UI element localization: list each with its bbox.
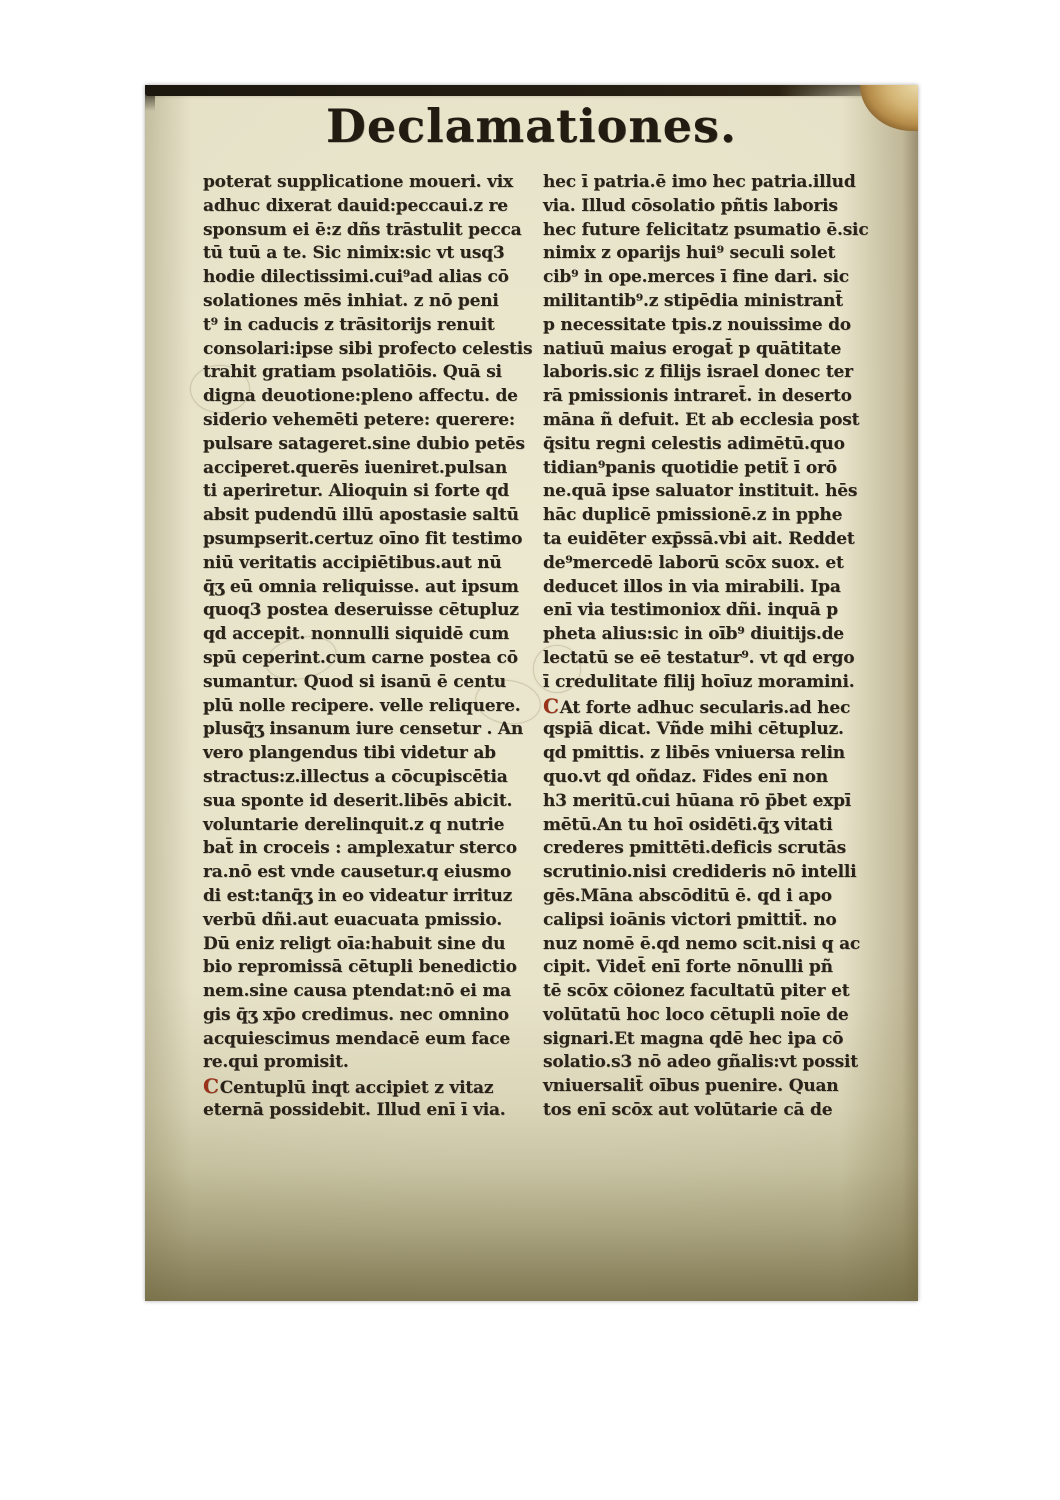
text-line: quo.vt qd oñdaz. Fides enī non <box>543 766 891 790</box>
text-line: di est:tanq̄ʒ in eo videatur irrituz <box>203 885 539 909</box>
text-line: signari.Et magna qdē hec ipa cō <box>543 1028 891 1052</box>
text-line: hec future felicitatz psumatio ē.sic <box>543 219 891 243</box>
text-line: cib⁹ in ope.merces ī fine dari. sic <box>543 266 891 290</box>
text-line: psumpserit.certuz oīno fit testimo <box>203 528 539 552</box>
text-line: niū veritatis accipiētibus.aut nū <box>203 552 539 576</box>
text-line: tidian⁹panis quotidie petit̄ ī orō <box>543 457 891 481</box>
text-line: bat̄ in croceis : amplexatur sterco <box>203 837 539 861</box>
text-line: enī via testimoniox dñi. inquā p <box>543 599 891 623</box>
text-line: calipsi ioānis victori pmittit̄. no <box>543 909 891 933</box>
text-line: qd accepit. nonnulli siquidē cum <box>203 623 539 647</box>
text-line: Dū eniz religt oīa:habuit sine du <box>203 933 539 957</box>
text-line: spū ceperint.cum carne postea cō <box>203 647 539 671</box>
text-line: nimix z oparijs hui⁹ seculi solet <box>543 242 891 266</box>
text-line: quoq3 postea deseruisse cētupluz <box>203 599 539 623</box>
text-line: adhuc dixerat dauid:peccaui.z re <box>203 195 539 219</box>
text-line: via. Illud cōsolatio pñtis laboris <box>543 195 891 219</box>
text-line: vniuersalit̄ oībus puenire. Quan <box>543 1075 891 1099</box>
text-line: eternā possidebit. Illud enī ī via. <box>203 1099 539 1123</box>
text-line: de⁹mercedē laborū scōx suox. et <box>543 552 891 576</box>
text-line: hodie dilectissimi.cui⁹ad alias cō <box>203 266 539 290</box>
text-line: nuz nomē ē.qd nemo scit.nisi q ac <box>543 933 891 957</box>
text-line: natiuū maius erogat̄ p quātitate <box>543 338 891 362</box>
text-line: tos enī scōx aut volūtarie cā de <box>543 1099 891 1123</box>
page-title: Declamationes. <box>145 99 918 153</box>
text-line: vero plangendus tibi videtur ab <box>203 742 539 766</box>
text-line: bio repromissā cētupli benedictio <box>203 956 539 980</box>
scanned-book-page: Declamationes. poterat supplicatione mou… <box>145 85 918 1301</box>
text-line: volūtatū hoc loco cētupli noīe de <box>543 1004 891 1028</box>
text-line: cipit. Videt̄ enī forte nōnulli pñ <box>543 956 891 980</box>
text-line: re.qui promisit. <box>203 1051 539 1075</box>
text-line: sumantur. Quod si isanū ē centu <box>203 671 539 695</box>
text-line: t⁹ in caducis z trāsitorijs renuit <box>203 314 539 338</box>
text-line: CCentuplū inqt accipiet z vitaz <box>203 1075 539 1099</box>
text-line: māna ñ defuit. Et ab ecclesia post <box>543 409 891 433</box>
text-line: voluntarie derelinquit.z q nutrie <box>203 814 539 838</box>
rubricated-paragraph-mark: C <box>543 694 560 718</box>
text-line: solatio.s3 nō adeo gñalis:vt possit <box>543 1051 891 1075</box>
text-line: digna deuotione:pleno affectu. de <box>203 385 539 409</box>
text-line: gēs.Māna abscōditū ē. qd i apo <box>543 885 891 909</box>
text-line: tē scōx cōionez facultatū piter et <box>543 980 891 1004</box>
text-line: trahit gratiam psolatiōis. Quā si <box>203 361 539 385</box>
text-line: poterat supplicatione moueri. vix <box>203 171 539 195</box>
text-line: h3 meritū.cui hūana rō p̄bet expī <box>543 790 891 814</box>
text-line: consolari:ipse sibi profecto celestis <box>203 338 539 362</box>
text-line: p necessitate tpis.z nouissime do <box>543 314 891 338</box>
text-line: laboris.sic z filijs israel donec ter <box>543 361 891 385</box>
text-line: rā pmissionis intraret̄. in deserto <box>543 385 891 409</box>
text-line: gis q̄ʒ xp̄o credimus. nec omnino <box>203 1004 539 1028</box>
text-line: hāc duplicē pmissionē.z in pphe <box>543 504 891 528</box>
text-line: q̄situ regni celestis adimētū.quo <box>543 433 891 457</box>
text-line: hec ī patria.ē imo hec patria.illud <box>543 171 891 195</box>
text-line: acciperet.querēs iueniret.pulsan <box>203 457 539 481</box>
text-line: pulsare satageret.sine dubio petēs <box>203 433 539 457</box>
text-line: stractus:z.illectus a cōcupiscētia <box>203 766 539 790</box>
text-column-left: poterat supplicatione moueri. vixadhuc d… <box>203 171 539 1123</box>
text-line: ti aperiretur. Alioquin si forte qd <box>203 480 539 504</box>
text-line: nem.sine causa ptendat:nō ei ma <box>203 980 539 1004</box>
text-line: qspiā dicat. Vñde mihi cētupluz. <box>543 718 891 742</box>
text-line: CAt forte adhuc secularis.ad hec <box>543 695 891 719</box>
text-line: ra.nō est vnde causetur.q eiusmo <box>203 861 539 885</box>
text-line: plusq̄ʒ insanum iure censetur . An <box>203 718 539 742</box>
text-line: deducet illos in via mirabili. Ipa <box>543 576 891 600</box>
text-line: lectatū se eē testatur⁹. vt qd ergo <box>543 647 891 671</box>
text-line: tū tuū a te. Sic nimix:sic vt usq3 <box>203 242 539 266</box>
text-line: scrutinio.nisi credideris nō intelli <box>543 861 891 885</box>
text-column-right: hec ī patria.ē imo hec patria.illudvia. … <box>543 171 891 1123</box>
text-line: plū nolle recipere. velle reliquere. <box>203 695 539 719</box>
text-line: crederes pmittēti.deficis scrutās <box>543 837 891 861</box>
text-line: sponsum ei ē:z dñs trāstulit pecca <box>203 219 539 243</box>
text-line: acquiescimus mendacē eum face <box>203 1028 539 1052</box>
page-top-edge-shadow <box>145 85 918 96</box>
text-line: ne.quā ipse saluator instituit. hēs <box>543 480 891 504</box>
text-line: siderio vehemēti petere: querere: <box>203 409 539 433</box>
text-line: absit pudendū illū apostasie saltū <box>203 504 539 528</box>
text-line: verbū dñi.aut euacuata pmissio. <box>203 909 539 933</box>
text-line: mētū.An tu hoī osidēti.q̄ʒ vitati <box>543 814 891 838</box>
text-line: q̄ʒ eū omnia reliquisse. aut ipsum <box>203 576 539 600</box>
text-line: qd pmittis. z libēs vniuersa relin <box>543 742 891 766</box>
text-line: pheta alius:sic in oīb⁹ diuitijs.de <box>543 623 891 647</box>
text-line: militantib⁹.z stipēdia ministrant̄ <box>543 290 891 314</box>
text-line: ta euidēter exp̄ssā.vbi ait. Reddet <box>543 528 891 552</box>
rubricated-paragraph-mark: C <box>203 1074 220 1098</box>
text-line: sua sponte id deserit.libēs abicit. <box>203 790 539 814</box>
text-line: solationes mēs inhiat. z nō peni <box>203 290 539 314</box>
text-line: ī credulitate filij hoīuz moramini. <box>543 671 891 695</box>
